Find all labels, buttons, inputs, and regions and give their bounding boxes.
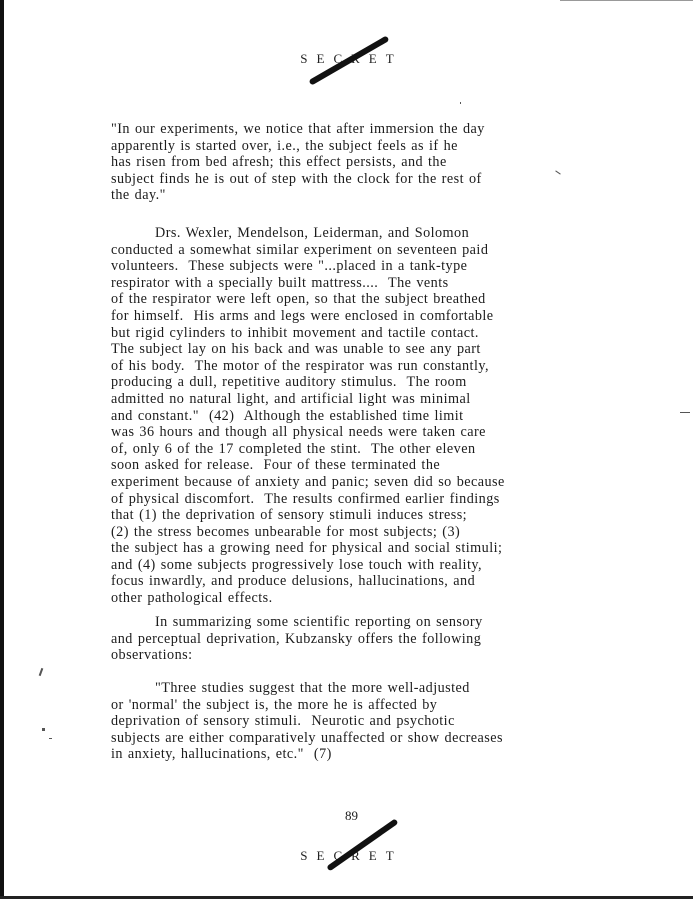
text-line: has risen from bed afresh; this effect p… (111, 154, 601, 171)
text-line: and constant." (42) Although the establi… (111, 408, 601, 425)
text-line: of, only 6 of the 17 completed the stint… (111, 441, 601, 458)
text-line: of his body. The motor of the respirator… (111, 358, 601, 375)
text-line: deprivation of sensory stimuli. Neurotic… (111, 713, 601, 730)
text-line: Drs. Wexler, Mendelson, Leiderman, and S… (111, 225, 601, 242)
text-line: other pathological effects. (111, 590, 601, 607)
text-line: producing a dull, repetitive auditory st… (111, 374, 601, 391)
text-line: of physical discomfort. The results conf… (111, 491, 601, 508)
scan-left-border (0, 0, 4, 899)
text-line: observations: (111, 647, 601, 664)
text-line: or 'normal' the subject is, the more he … (111, 697, 601, 714)
text-line: admitted no natural light, and artificia… (111, 391, 601, 408)
text-line: In summarizing some scientific reporting… (111, 614, 601, 631)
text-line: "In our experiments, we notice that afte… (111, 121, 601, 138)
text-line: that (1) the deprivation of sensory stim… (111, 507, 601, 524)
text-line: subjects are either comparatively unaffe… (111, 730, 601, 747)
text-line: "Three studies suggest that the more wel… (111, 680, 601, 697)
paragraph-kubzansky-intro: In summarizing some scientific reporting… (111, 614, 601, 664)
page-number: 89 (0, 808, 693, 824)
scan-top-rule (560, 0, 693, 1)
text-line: and perceptual deprivation, Kubzansky of… (111, 631, 601, 648)
scan-speck (680, 412, 690, 413)
text-line: and (4) some subjects progressively lose… (111, 557, 601, 574)
text-line: apparently is started over, i.e., the su… (111, 138, 601, 155)
text-line: experiment because of anxiety and panic;… (111, 474, 601, 491)
text-line: focus inwardly, and produce delusions, h… (111, 573, 601, 590)
text-line: was 36 hours and though all physical nee… (111, 424, 601, 441)
scan-speck (42, 728, 45, 731)
scan-speck (460, 102, 461, 104)
paragraph-wexler-experiment: Drs. Wexler, Mendelson, Leiderman, and S… (111, 225, 601, 607)
text-line: subject finds he is out of step with the… (111, 171, 601, 188)
paragraph-quote-immersion: "In our experiments, we notice that afte… (111, 121, 601, 204)
text-line: but rigid cylinders to inhibit movement … (111, 325, 601, 342)
text-line: soon asked for release. Four of these te… (111, 457, 601, 474)
text-line: (2) the stress becomes unbearable for mo… (111, 524, 601, 541)
text-line: the day." (111, 187, 601, 204)
text-line: conducted a somewhat similar experiment … (111, 242, 601, 259)
text-line: the subject has a growing need for physi… (111, 540, 601, 557)
text-line: in anxiety, hallucinations, etc." (7) (111, 746, 601, 763)
text-line: of the respirator were left open, so tha… (111, 291, 601, 308)
scan-speck (49, 738, 52, 739)
paragraph-kubzansky-quote: "Three studies suggest that the more wel… (111, 680, 601, 763)
text-line: for himself. His arms and legs were encl… (111, 308, 601, 325)
scan-speck (39, 668, 44, 676)
text-line: volunteers. These subjects were "...plac… (111, 258, 601, 275)
text-line: respirator with a specially built mattre… (111, 275, 601, 292)
text-line: The subject lay on his back and was unab… (111, 341, 601, 358)
